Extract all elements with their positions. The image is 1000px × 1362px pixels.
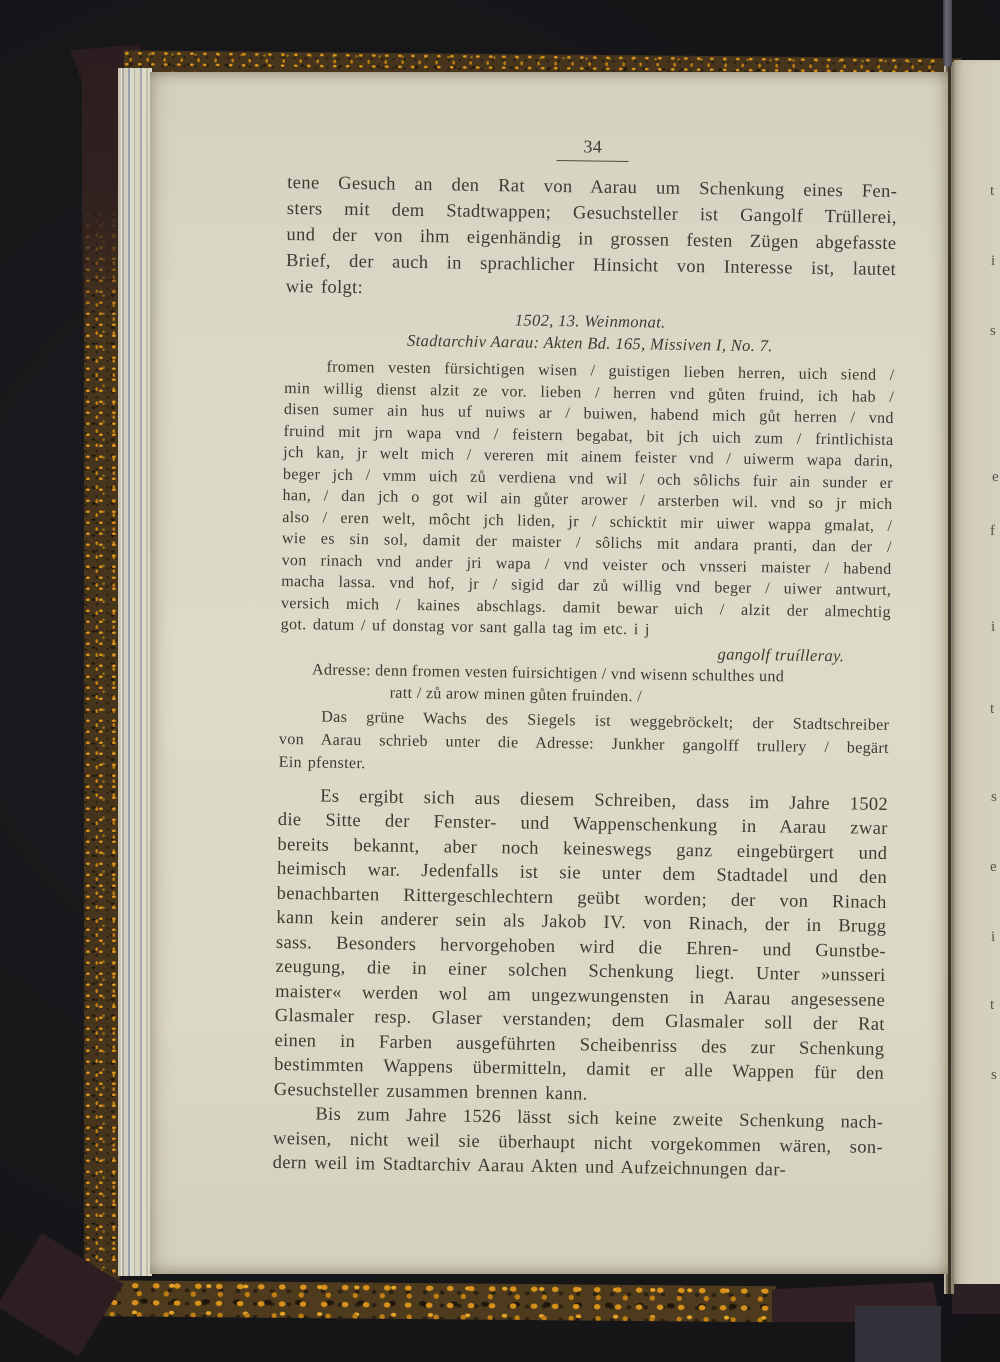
text-fragment: e [990,858,998,876]
text-fragment: i [991,618,999,636]
facing-page-sliver [954,60,1000,1288]
text-fragment: t [990,700,998,718]
marbled-bottom-edge [66,1280,776,1322]
intro-paragraph: tene Gesuch an den Rat von Aarau um Sche… [286,170,898,309]
text-fragment: s [991,788,999,806]
gutter-glint [943,0,952,66]
page-number-wrap: 34 [288,132,898,166]
text-fragment: t [990,182,998,200]
seal-note-paragraph: Das grüne Wachs des Siegels ist weggebrö… [278,704,889,782]
text-fragment: e [992,468,1000,486]
closing-paragraph: Bis zum Jahre 1526 lässt sich keine zwei… [273,1102,884,1185]
page-content: 34 tene Gesuch an den Rat von Aarau um S… [273,132,898,1184]
text-fragment: s [990,322,998,340]
text-fragment: i [991,928,999,946]
text-fragment: t [990,996,998,1014]
page-number: 34 [556,136,629,162]
book-scan-scene: 34 tene Gesuch an den Rat von Aarau um S… [0,0,1000,1362]
page-edge-stack [118,68,152,1276]
book-page: 34 tene Gesuch an den Rat von Aarau um S… [150,72,948,1274]
scanner-bed-patch [855,1306,941,1362]
commentary-paragraph: Es ergibt sich aus diesem Schreiben, das… [274,783,889,1111]
facing-page-bottom-edge [952,1284,1000,1314]
text-fragment: i [991,252,999,270]
text-fragment: f [990,522,998,540]
text-fragment: s [991,1066,999,1084]
letter-transcription: fromen vesten fürsichtigen wisen / guist… [281,356,895,645]
